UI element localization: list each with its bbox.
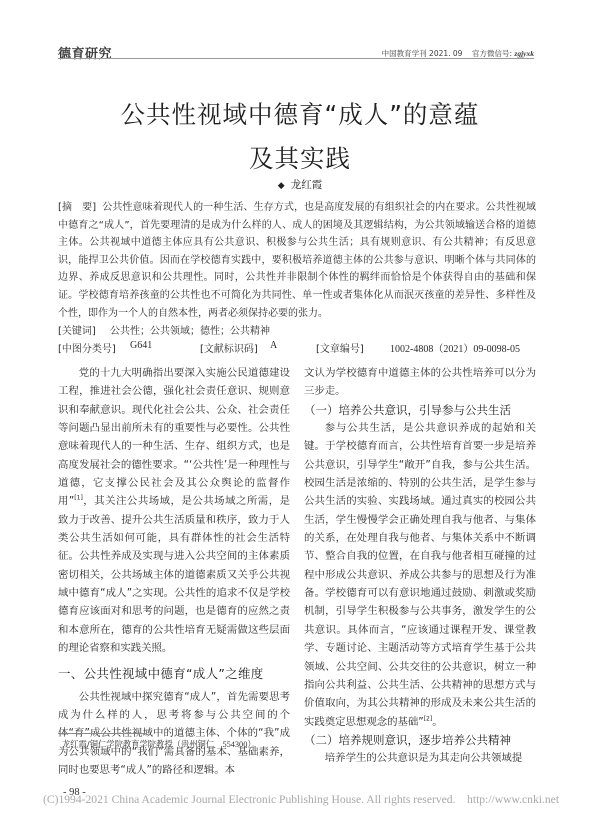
- article-no-label: [文章编号]: [316, 340, 364, 355]
- article-no-value: 1002-4808（2021）09-0098-05: [390, 340, 520, 355]
- article-title-line-1: 公共性视域中德育“成人”的意蕴: [0, 96, 600, 131]
- citation-2: [2]: [424, 715, 433, 722]
- copyright-watermark: (C)1994-2021 China Academic Journal Elec…: [43, 793, 559, 806]
- abstract: [摘 要]公共性意味着现代人的一种生活、生存方式，也是高度发展的有组织社会的内在…: [58, 199, 536, 322]
- doc-code-value: A: [270, 340, 277, 351]
- continued-paragraph: 文认为学校德育中道德主体的公共性培养可以分为三步走。: [304, 364, 536, 401]
- header-rule: [58, 58, 534, 59]
- running-header-section: 德育研究: [58, 43, 112, 62]
- keywords-text: 公共性；公共领域；德性；公共精神: [110, 322, 270, 337]
- keywords-label: [关键词]: [58, 322, 96, 337]
- subsection-1-paragraph: 参与公共生活，是公共意识养成的起始和关键。于学校德育而言，公共性培育首要一步是培…: [304, 419, 536, 731]
- doc-code-label: [文献标识码]: [200, 340, 258, 355]
- abstract-text: 公共性意味着现代人的一种生活、生存方式，也是高度发展的有组织社会的内在要求。公共…: [58, 202, 536, 319]
- postcode: 554300: [222, 740, 247, 749]
- clc-value: G641: [130, 340, 152, 351]
- abstract-block: [摘 要]公共性意味着现代人的一种生活、生存方式，也是高度发展的有组织社会的内在…: [58, 199, 536, 322]
- abstract-label: [摘 要]: [58, 202, 96, 213]
- section-heading-1: 一、公共性视域中德育“成人”之维度: [58, 660, 290, 688]
- body-left-column: 党的十九大明确指出要深入实施公民道德建设工程，推进社会公德，强化社会责任意识、规…: [58, 364, 290, 779]
- clc-label: [中图分类号]: [58, 340, 116, 355]
- subheading-1: （一）培养公共意识，引导参与公共生活: [304, 401, 536, 419]
- author-line: ◆龙红霞: [0, 177, 600, 192]
- body-right-column: 文认为学校德育中道德主体的公共性培养可以分为三步走。 （一）培养公共意识，引导参…: [304, 364, 536, 768]
- author-footnote: 龙红霞/铜仁学院教育学院教授（贵州铜仁 554300）。: [62, 738, 260, 750]
- subheading-2: （二）培养规则意识，逐步培养公共精神: [304, 731, 536, 749]
- author-name: 龙红霞: [291, 179, 323, 191]
- subsection-2-paragraph: 培养学生的公共意识是为其走向公共领域提: [304, 749, 536, 767]
- journal-issue: 中国教育学刊 2021. 09 官方微信号:: [382, 49, 515, 58]
- diamond-bullet-icon: ◆: [278, 181, 285, 191]
- article-title-line-2: 及其实践: [0, 140, 600, 175]
- citation-1: [1]: [74, 495, 83, 502]
- wechat-id: zgjyxk: [514, 49, 534, 58]
- footnote-rule: [58, 733, 146, 734]
- intro-paragraph: 党的十九大明确指出要深入实施公民道德建设工程，推进社会公德，强化社会责任意识、规…: [58, 364, 290, 658]
